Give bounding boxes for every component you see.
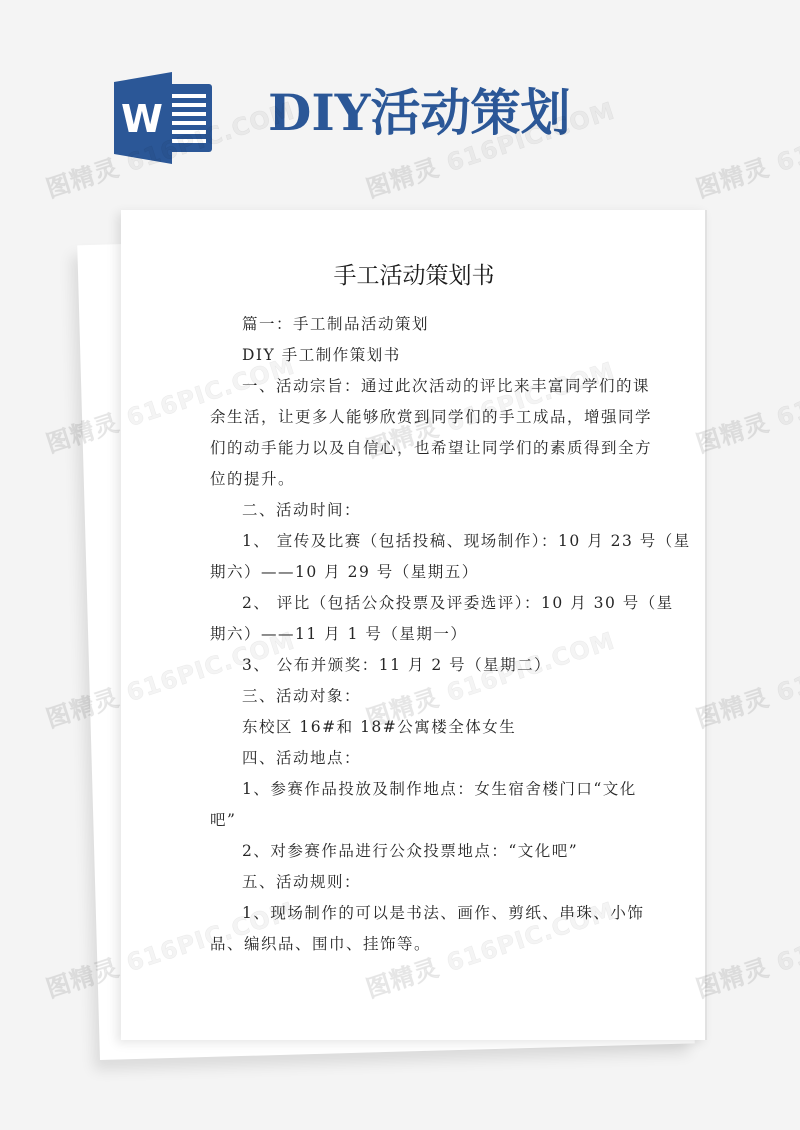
banner-title: DIY活动策划 bbox=[268, 78, 570, 148]
watermark: 图精灵 616PIC.COM bbox=[691, 891, 800, 1005]
header-banner: W DIY活动策划 bbox=[0, 0, 800, 190]
doc-line: 1、现场制作的可以是书法、画作、剪纸、串珠、小饰 bbox=[210, 898, 622, 929]
watermark: 图精灵 616PIC.COM bbox=[691, 346, 800, 460]
doc-line: 期六）——10 月 29 号（星期五） bbox=[210, 557, 622, 588]
doc-line: 三、活动对象： bbox=[210, 681, 622, 712]
document-title-container: 手工活动策划书 bbox=[121, 0, 707, 1]
document-title: 手工活动策划书 bbox=[121, 257, 707, 295]
doc-line: DIY 手工制作策划书 bbox=[210, 340, 622, 371]
doc-line: 1、参赛作品投放及制作地点：女生宿舍楼门口“文化 bbox=[210, 774, 622, 805]
doc-line: 篇一：手工制品活动策划 bbox=[210, 309, 622, 340]
doc-line: 二、活动时间： bbox=[210, 495, 622, 526]
document-body: 篇一：手工制品活动策划 DIY 手工制作策划书 一、活动宗旨：通过此次活动的评比… bbox=[210, 309, 622, 960]
doc-line: 品、编织品、围巾、挂饰等。 bbox=[210, 929, 622, 960]
word-document-icon: W bbox=[110, 70, 214, 166]
doc-line: 期六）——11 月 1 号（星期一） bbox=[210, 619, 622, 650]
watermark: 图精灵 616PIC.COM bbox=[691, 621, 800, 735]
doc-line: 2、对参赛作品进行公众投票地点：“文化吧” bbox=[210, 836, 622, 867]
doc-line: 四、活动地点： bbox=[210, 743, 622, 774]
doc-line: 2、 评比（包括公众投票及评委选评）：10 月 30 号（星 bbox=[210, 588, 622, 619]
doc-line: 五、活动规则： bbox=[210, 867, 622, 898]
doc-line: 3、 公布并颁奖：11 月 2 号（星期二） bbox=[210, 650, 622, 681]
doc-line: 余生活，让更多人能够欣赏到同学们的手工成品，增强同学 bbox=[210, 402, 622, 433]
doc-line: 一、活动宗旨：通过此次活动的评比来丰富同学们的课 bbox=[210, 371, 622, 402]
doc-line: 东校区 16#和 18#公寓楼全体女生 bbox=[210, 712, 622, 743]
doc-line: 1、 宣传及比赛（包括投稿、现场制作）：10 月 23 号（星 bbox=[210, 526, 622, 557]
word-icon-letter: W bbox=[121, 97, 163, 141]
doc-line: 吧” bbox=[210, 805, 622, 836]
doc-line: 们的动手能力以及自信心，也希望让同学们的素质得到全方 bbox=[210, 433, 622, 464]
doc-line: 位的提升。 bbox=[210, 464, 622, 495]
